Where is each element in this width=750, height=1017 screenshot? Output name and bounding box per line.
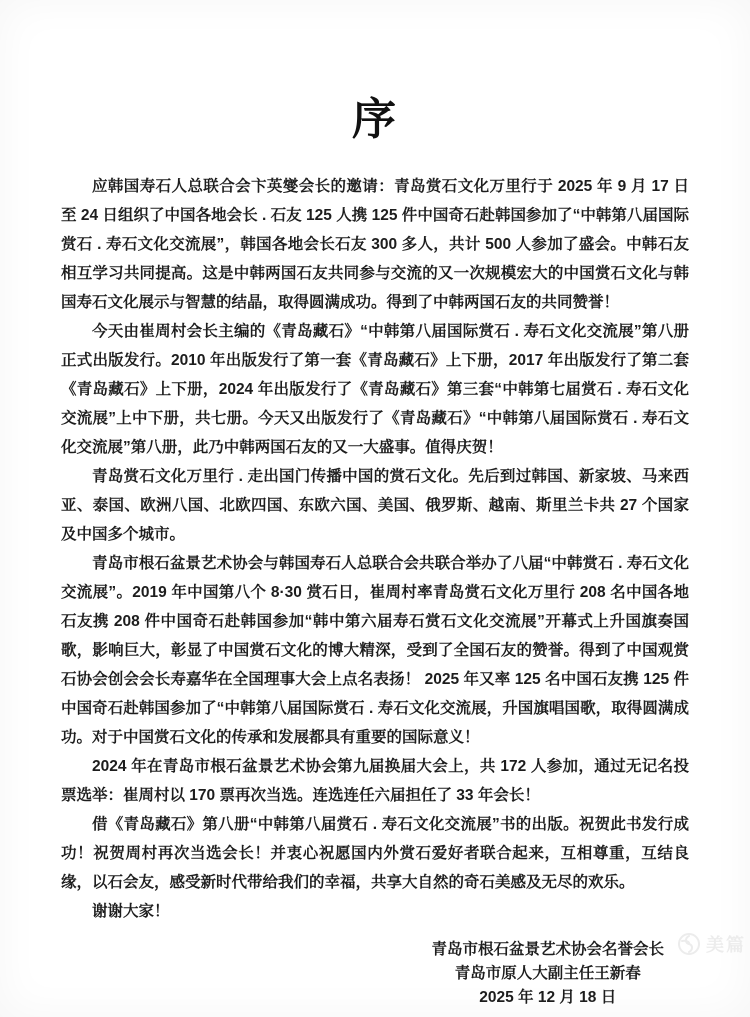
paragraph: 谢谢大家！ <box>61 897 689 926</box>
watermark: 美篇 <box>677 931 746 957</box>
signature-block: 青岛市根石盆景艺术协会名誉会长 青岛市原人大副主任王新春 2025 年 12 月… <box>431 938 664 1010</box>
signature-name-line: 青岛市原人大副主任王新春 <box>431 962 664 986</box>
signature-role-line: 青岛市根石盆景艺术协会名誉会长 <box>431 938 664 962</box>
paragraph: 2024 年在青岛市根石盆景艺术协会第九届换届大会上，共 172 人参加，通过无… <box>61 752 689 810</box>
watermark-brand-text: 美篇 <box>706 931 746 957</box>
paragraph: 今天由崔周村会长主编的《青岛藏石》“中韩第八届国际赏石 . 寿石文化交流展”第八… <box>61 317 689 462</box>
document-body: 应韩国寿石人总联合会卞英燮会长的邀请：青岛赏石文化万里行于 2025 年 9 月… <box>61 172 689 926</box>
paragraph: 应韩国寿石人总联合会卞英燮会长的邀请：青岛赏石文化万里行于 2025 年 9 月… <box>61 172 689 317</box>
page-title: 序 <box>0 0 750 146</box>
document-page: 序 应韩国寿石人总联合会卞英燮会长的邀请：青岛赏石文化万里行于 2025 年 9… <box>0 0 750 1017</box>
paragraph: 借《青岛藏石》第八册“中韩第八届赏石 . 寿石文化交流展”书的出版。祝贺此书发行… <box>61 810 689 897</box>
signature-date: 2025 年 12 月 18 日 <box>431 986 664 1010</box>
paragraph: 青岛赏石文化万里行 . 走出国门传播中国的赏石文化。先后到过韩国、新家坡、马来西… <box>61 462 689 549</box>
meipian-swirl-icon <box>677 932 701 956</box>
paragraph: 青岛市根石盆景艺术协会与韩国寿石人总联合会共联合举办了八届“中韩赏石 . 寿石文… <box>61 549 689 752</box>
